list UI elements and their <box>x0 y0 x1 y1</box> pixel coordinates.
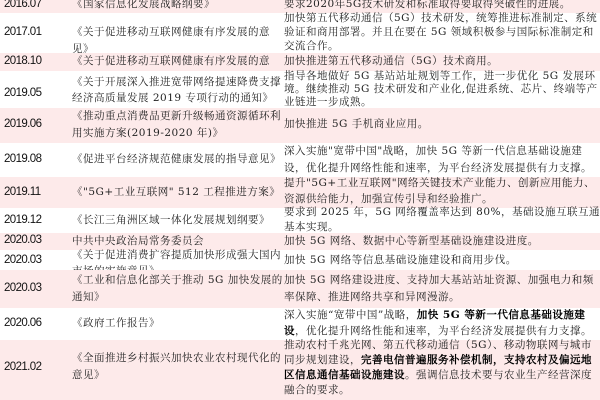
table-row: 2020.03 《工业和信息化部关于推动 5G 加快发展的通知》 加快 5G 网… <box>0 270 600 308</box>
row-date: 2021.02 <box>4 361 41 373</box>
table-row: 2019.11 《"5G+工业互联网" 512 工程推进方案》 提升"5G+工业… <box>0 177 600 208</box>
table-row: 2019.05 《关于开展深入推进宽带网络提速降费支撑经济高质量发展 2019 … <box>0 71 600 108</box>
row-date: 2016.07 <box>4 0 41 10</box>
row-document: 《国家信息化发展战略纲要》 <box>72 0 286 13</box>
table-row: 2018.10 《关于促进移动互联网健康有序发展的意见》 加快推进第五代移动通信… <box>0 53 600 71</box>
description-text: ，优化提升网络性能和速率，为平台经济发展提供有力支撑。 <box>295 325 592 337</box>
table-row: 2021.02 《全面推进乡村振兴加快农业农村现代化的意见》 推动农村千兆光网、… <box>0 340 600 400</box>
table-row: 2020.03 《关于促进消费扩容提质加快形成强大国内市场的实施意见》 加快 5… <box>0 250 600 270</box>
row-document: 《关于开展深入推进宽带网络提速降费支撑经济高质量发展 2019 专项行动的通知》 <box>72 74 286 106</box>
row-description: 指导各地做好 5G 基站站址规划等工作，进一步优化 5G 发展环境。继续推动 5… <box>284 70 600 109</box>
row-date: 2020.03 <box>4 282 41 294</box>
row-date: 2019.06 <box>4 118 41 130</box>
table-row: 2019.08 《促进平台经济规范健康发展的指导意见》 深入实施"宽带中国"战略… <box>0 143 600 177</box>
row-description: 提升"5G+工业互联网"网络关键技术产业能力、创新应用能力、资源供给能力，加强宣… <box>284 175 600 207</box>
table-row: 2019.12 《长江三角洲区域一体化发展规划纲要》 要求到 2025 年，5G… <box>0 208 600 233</box>
row-description: 推动农村千兆光网、第五代移动通信（5G）、移动物联网与城市同步规划建设，完善电信… <box>284 338 600 398</box>
row-description: 加快推进 5G 手机商业应用。 <box>284 116 600 133</box>
table-row: 2020.06 《政府工作报告》 深入实施“宽带中国”战略，加快 5G 等新一代… <box>0 308 600 340</box>
row-description: 加快推进第五代移动通信（5G）技术商用。 <box>284 53 600 70</box>
row-date: 2019.05 <box>4 87 41 99</box>
row-document: 《工业和信息化部关于推动 5G 加快发展的通知》 <box>72 272 286 306</box>
row-description: 加快 5G 网络等信息基础设施建设和商用步伐。 <box>284 252 600 269</box>
description-text: 深入实施“宽带中国”战略， <box>284 309 417 321</box>
row-date: 2020.03 <box>4 254 41 266</box>
row-document: 《"5G+工业互联网" 512 工程推进方案》 <box>72 184 286 201</box>
row-date: 2020.03 <box>4 234 41 246</box>
row-document: 《全面推进乡村振兴加快农业农村现代化的意见》 <box>72 350 286 384</box>
row-description: 加快 5G 网络建设进度、支持加大基站站址资源、加强电力和频率保障、推进网络共享… <box>284 272 600 306</box>
row-date: 2019.11 <box>4 186 41 198</box>
row-date: 2020.06 <box>4 317 41 329</box>
row-date: 2018.10 <box>4 55 41 67</box>
table-row: 2019.06 《推动重点消费品更新升级畅通资源循环利用实施方案(2019-20… <box>0 108 600 143</box>
row-description: 深入实施“宽带中国”战略，加快 5G 等新一代信息基础设施建设，优化提升网络性能… <box>284 307 600 339</box>
row-document: 《长江三角洲区域一体化发展规划纲要》 <box>72 212 286 229</box>
row-description: 加快 5G 网络、数据中心等新型基础设施建设进度。 <box>284 233 600 250</box>
row-document: 《政府工作报告》 <box>72 315 286 332</box>
row-date: 2019.12 <box>4 214 41 226</box>
row-description: 深入实施"宽带中国"战略，加快 5G 等新一代信息基础设施建设，优化提升网络性能… <box>284 143 600 177</box>
row-description: 要求到 2025 年，5G 网络覆盖率达到 80%，基础设施互联互通基本实现。 <box>284 205 600 235</box>
table-row: 2017.01 《关于促进移动互联网健康有序发展的意见》 加快第五代移动通信（5… <box>0 13 600 53</box>
row-date: 2017.01 <box>4 26 41 38</box>
row-date: 2019.08 <box>4 153 41 165</box>
row-document: 《促进平台经济规范健康发展的指导意见》 <box>72 151 286 168</box>
row-document: 《推动重点消费品更新升级畅通资源循环利用实施方案(2019-2020 年)》 <box>72 108 286 142</box>
